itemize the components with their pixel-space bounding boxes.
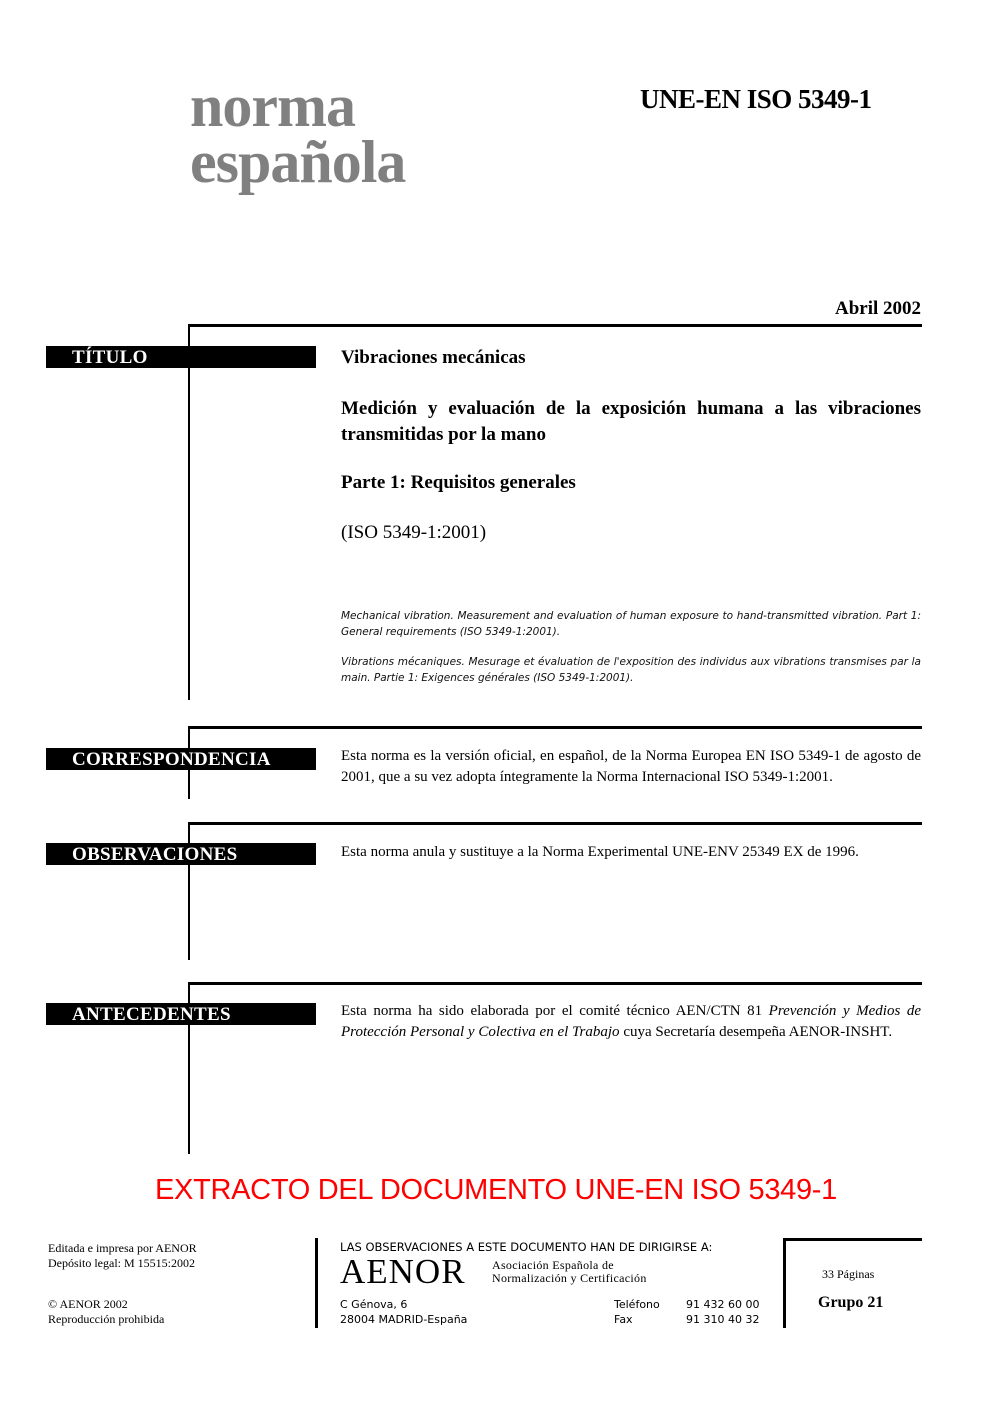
title-iso-reference: (ISO 5349-1:2001): [341, 521, 921, 545]
section-label-antecedentes: ANTECEDENTES: [46, 1003, 316, 1025]
antecedentes-text: Esta norma ha sido elaborada por el comi…: [341, 1001, 921, 1043]
publisher-info: Editada e impresa por AENOR Depósito leg…: [48, 1241, 197, 1271]
section-label-titulo: TÍTULO: [46, 346, 316, 368]
title-subject: Vibraciones mecánicas: [341, 345, 921, 371]
fax-label: Fax: [614, 1312, 660, 1327]
extract-watermark: EXTRACTO DEL DOCUMENTO UNE-EN ISO 5349-1: [0, 1174, 992, 1207]
section-label-correspondencia: CORRESPONDENCIA: [46, 748, 316, 770]
copyright-info: © AENOR 2002 Reproducción prohibida: [48, 1297, 164, 1327]
footer-divider-right: [783, 1238, 786, 1328]
section-divider-titulo: [188, 324, 922, 327]
copyright: © AENOR 2002: [48, 1297, 164, 1312]
antecedentes-text-end: cuya Secretaría desempeña AENOR-INSHT.: [620, 1024, 893, 1040]
title-english: Mechanical vibration. Measurement and ev…: [341, 609, 921, 640]
org-name: Asociación Española de Normalización y C…: [492, 1259, 647, 1285]
contact-values: 91 432 60 00 91 310 40 32: [686, 1297, 759, 1327]
address: C Génova, 6 28004 MADRID-España: [340, 1297, 467, 1327]
brand-line-1: norma: [190, 78, 405, 134]
section-divider-correspondencia: [188, 726, 922, 729]
phone-label: Teléfono: [614, 1297, 660, 1312]
correspondencia-text: Esta norma es la versión oficial, en esp…: [341, 746, 921, 788]
antecedentes-text-start: Esta norma ha sido elaborada por el comi…: [341, 1003, 769, 1019]
section-label-observaciones: OBSERVACIONES: [46, 843, 316, 865]
footer-divider-left: [315, 1238, 318, 1328]
section-divider-observaciones: [188, 822, 922, 825]
reproduction-notice: Reproducción prohibida: [48, 1312, 164, 1327]
title-part: Parte 1: Requisitos generales: [341, 470, 921, 496]
brand-line-2: española: [190, 134, 405, 190]
org-name-line-2: Normalización y Certificación: [492, 1272, 647, 1285]
address-line-2: 28004 MADRID-España: [340, 1312, 467, 1327]
section-divider-antecedentes: [188, 982, 922, 985]
observaciones-text: Esta norma anula y sustituye a la Norma …: [341, 842, 921, 863]
section-rule-titulo: [188, 324, 190, 700]
price-group: Grupo 21: [818, 1294, 883, 1312]
title-french: Vibrations mécaniques. Mesurage et évalu…: [341, 655, 921, 686]
phone-number: 91 432 60 00: [686, 1297, 759, 1312]
brand-title: norma española: [190, 78, 405, 190]
contact-labels: Teléfono Fax: [614, 1297, 660, 1327]
fax-number: 91 310 40 32: [686, 1312, 759, 1327]
aenor-logo: AENOR: [340, 1254, 466, 1290]
footer-box-top: [783, 1238, 922, 1241]
page-count: 33 Páginas: [822, 1267, 874, 1282]
edited-by: Editada e impresa por AENOR: [48, 1241, 197, 1256]
title-main: Medición y evaluación de la exposición h…: [341, 396, 921, 448]
address-line-1: C Génova, 6: [340, 1297, 467, 1312]
legal-deposit: Depósito legal: M 15515:2002: [48, 1256, 197, 1271]
standard-code: UNE-EN ISO 5349-1: [640, 84, 872, 115]
publication-date: Abril 2002: [835, 298, 921, 320]
